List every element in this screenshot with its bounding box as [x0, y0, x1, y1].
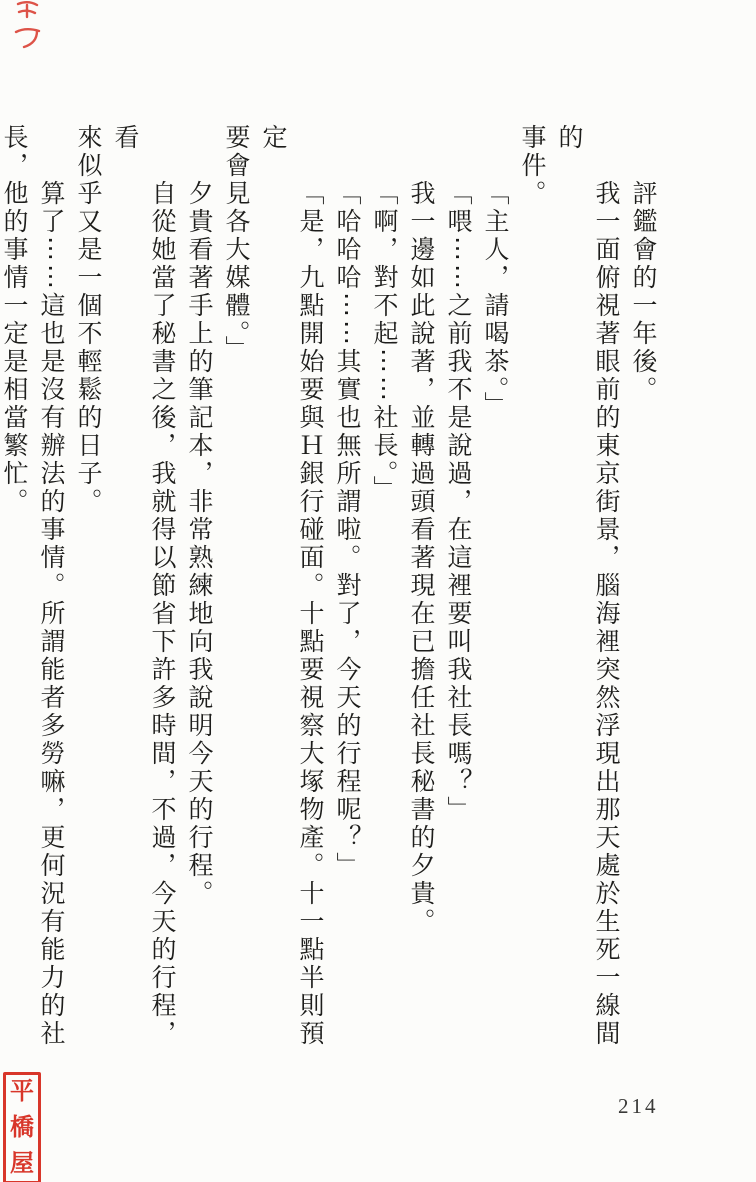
seal-char: 屋 — [10, 1152, 34, 1176]
stamp-fragment-icon — [10, 0, 52, 52]
seal-char: 橋 — [10, 1116, 34, 1140]
text-column: 長，他的事情一定是相當繁忙。 — [0, 124, 32, 1069]
text-column: 要會見各大媒體。」 — [217, 124, 254, 1069]
vertical-text-block: 評鑑會的一年後。 我一面俯視著眼前的東京街景，腦海裡突然浮現出那天處於生死一線間… — [0, 124, 661, 1069]
text-column: 來似乎又是一個不輕鬆的日子。 — [69, 124, 106, 1069]
text-column: 事件。 — [513, 124, 550, 1069]
text-column: 評鑑會的一年後。 — [624, 124, 661, 1069]
text-column: 夕貴看著手上的筆記本，非常熟練地向我說明今天的行程。 — [180, 124, 217, 1069]
text-column: 我一邊如此說著，並轉過頭看著現在已擔任社長秘書的夕貴。 — [402, 124, 439, 1069]
page-number: 214 — [618, 1094, 659, 1119]
corner-stamp-fragment — [10, 0, 52, 52]
text-column: 「主人，請喝茶。」 — [476, 124, 513, 1069]
text-column: 「喂⋯⋯之前我不是說過，在這裡要叫我社長嗎？」 — [439, 124, 476, 1069]
book-page: 評鑑會的一年後。 我一面俯視著眼前的東京街景，腦海裡突然浮現出那天處於生死一線間… — [0, 0, 756, 1182]
seal-char: 平 — [10, 1080, 34, 1104]
text-column: 「啊，對不起⋯⋯社長。」 — [365, 124, 402, 1069]
text-column: 自從她當了秘書之後，我就得以節省下許多時間，不過，今天的行程，看 — [106, 124, 180, 1069]
publisher-seal: 平 橋 屋 — [3, 1072, 41, 1182]
text-column: 算了⋯⋯這也是沒有辦法的事情。所謂能者多勞嘛，更何況有能力的社 — [32, 124, 69, 1069]
text-column: 「哈哈哈⋯⋯其實也無所謂啦。對了，今天的行程呢？」 — [328, 124, 365, 1069]
text-column: 「是，九點開始要與Ｈ銀行碰面。十點要視察大塚物產。十一點半則預定 — [254, 124, 328, 1069]
text-column: 我一面俯視著眼前的東京街景，腦海裡突然浮現出那天處於生死一線間的 — [550, 124, 624, 1069]
